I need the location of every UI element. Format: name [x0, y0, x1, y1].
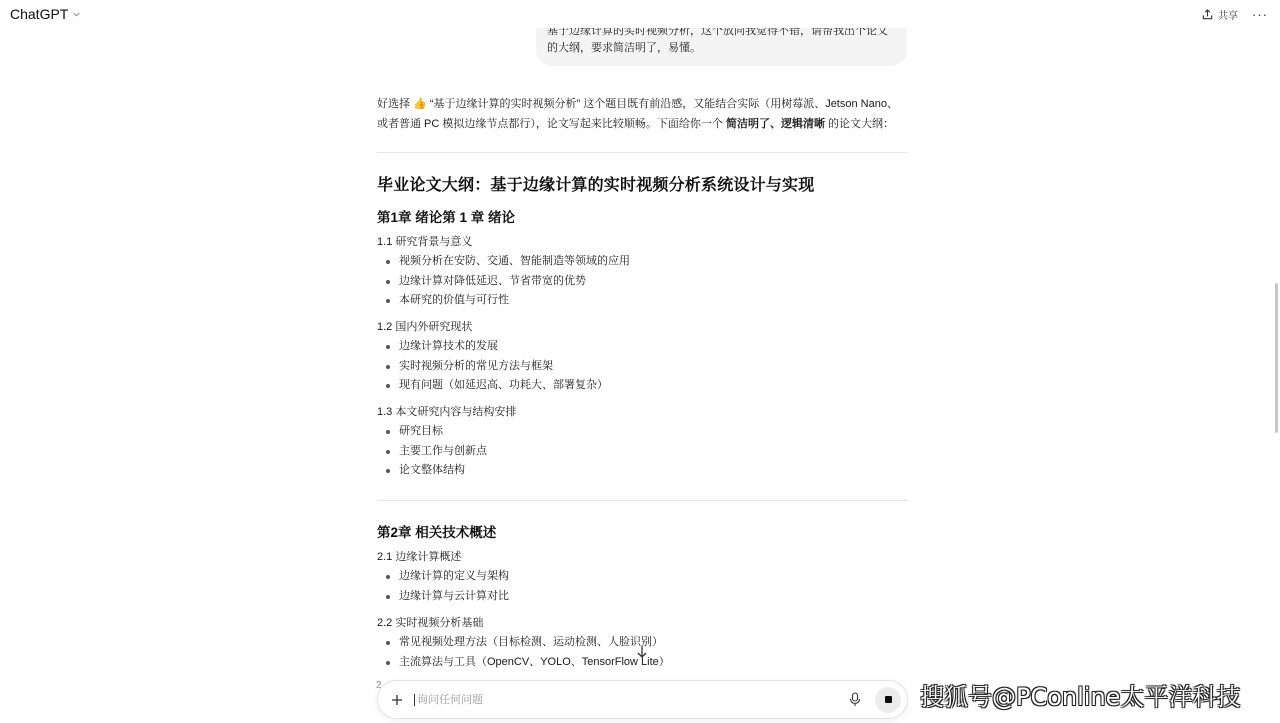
voice-input-button[interactable] [845, 690, 865, 710]
chapter-2-heading: 第2章 相关技术概述 [377, 521, 496, 541]
microphone-icon [849, 692, 861, 707]
more-options-button[interactable]: ··· [1252, 8, 1268, 21]
section-1-3: 1.3 本文研究内容与结构安排 [377, 403, 516, 419]
scrollbar-thumb[interactable] [1275, 283, 1278, 433]
message-input[interactable] [414, 694, 845, 706]
list-item: 视频分析在安防、交通、智能制造等领域的应用 [377, 252, 630, 272]
intro-bold-text: 简洁明了、逻辑清晰 [726, 118, 825, 130]
section-2-2: 2.2 实时视频分析基础 [377, 614, 483, 630]
intro-text-end: 的论文大纲： [825, 118, 894, 130]
chevron-down-icon [72, 10, 81, 19]
section-1-2: 1.2 国内外研究现状 [377, 318, 472, 334]
add-attachment-button[interactable] [388, 691, 406, 709]
share-label: 共享 [1218, 7, 1238, 22]
stop-icon [885, 696, 892, 703]
watermark: 搜狐号@PConline太平洋科技 [920, 677, 1240, 712]
conversation-scroll-area[interactable]: 基于边缘计算的实时视频分析，这个放向我觉得不错，请帮我出个论文的大纲，要求简洁明… [0, 0, 1280, 723]
list-item: 常见视频处理方法（目标检测、运动检测、人脸识别） [377, 633, 670, 653]
list-item: 论文整体结构 [377, 461, 487, 481]
model-name: ChatGPT [10, 6, 68, 22]
list-item: 边缘计算技术的发展 [377, 337, 608, 357]
scroll-to-bottom-button[interactable] [633, 643, 651, 661]
list-item: 主要工作与创新点 [377, 442, 487, 462]
chat-composer [377, 680, 908, 719]
divider [377, 500, 908, 501]
list-item: 边缘计算对降低延迟、节省带宽的优势 [377, 272, 630, 292]
share-icon [1201, 8, 1214, 21]
section-2-1-list: 边缘计算的定义与架构 边缘计算与云计算对比 [377, 567, 509, 606]
list-item: 边缘计算与云计算对比 [377, 587, 509, 607]
stop-generating-button[interactable] [875, 687, 901, 713]
section-1-1-list: 视频分析在安防、交通、智能制造等领域的应用 边缘计算对降低延迟、节省带宽的优势 … [377, 252, 630, 311]
list-item: 现有问题（如延迟高、功耗大、部署复杂） [377, 376, 608, 396]
divider [377, 152, 908, 153]
section-1-1: 1.1 研究背景与意义 [377, 233, 472, 249]
section-2-2-list: 常见视频处理方法（目标检测、运动检测、人脸识别） 主流算法与工具（OpenCV、… [377, 633, 670, 672]
top-actions: 共享 ··· [1201, 7, 1270, 22]
assistant-intro: 好选择 👍 “基于边缘计算的实时视频分析” 这个题目既有前沿感，又能结合实际（用… [377, 94, 908, 134]
outline-title: 毕业论文大纲：基于边缘计算的实时视频分析系统设计与实现 [377, 172, 814, 195]
share-button[interactable]: 共享 [1201, 7, 1238, 22]
section-1-3-list: 研究目标 主要工作与创新点 论文整体结构 [377, 422, 487, 481]
top-bar: ChatGPT 共享 ··· [0, 0, 1280, 28]
section-2-1: 2.1 边缘计算概述 [377, 548, 461, 564]
arrow-down-icon [636, 645, 648, 659]
model-switcher[interactable]: ChatGPT [10, 6, 81, 22]
chapter-1-heading: 第1章 绪论第 1 章 绪论 [377, 206, 515, 226]
list-item: 本研究的价值与可行性 [377, 291, 630, 311]
list-item: 实时视频分析的常见方法与框架 [377, 357, 608, 377]
list-item: 边缘计算的定义与架构 [377, 567, 509, 587]
plus-icon [391, 694, 403, 706]
section-1-2-list: 边缘计算技术的发展 实时视频分析的常见方法与框架 现有问题（如延迟高、功耗大、部… [377, 337, 608, 396]
list-item: 主流算法与工具（OpenCV、YOLO、TensorFlow Lite） [377, 653, 670, 673]
list-item: 研究目标 [377, 422, 487, 442]
